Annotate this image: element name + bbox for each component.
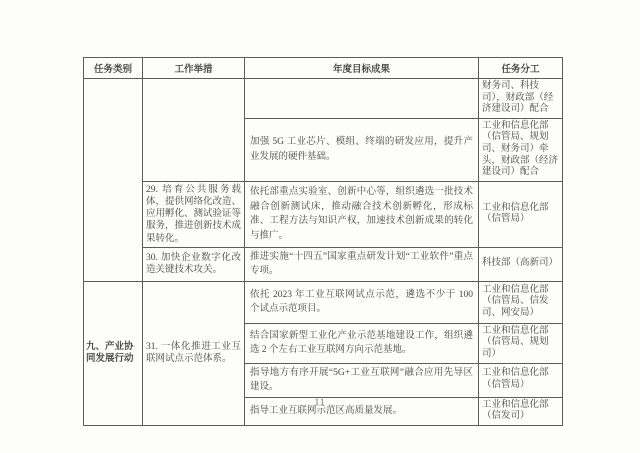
cell-division: 工业和信息化部（信管局、信发司、网安局）: [479, 281, 563, 323]
cell-division: 工业和信息化部（信管局、规划司、财务司）牵头，财政部（经济建设司）配合: [479, 118, 563, 181]
cell-result: 依托部重点实验室、创新中心等，组织遴选一批技术融合创新测试床，推动融合技术创新孵…: [245, 181, 479, 247]
cell-division: 科技部（高新司）: [479, 247, 563, 281]
cell-division: 工业和信息化部（信管局、规划司）: [479, 323, 563, 363]
cell-measure-30: 30. 加快企业数字化改造关键技术攻关。: [143, 247, 245, 281]
cell-result: 依托 2023 年工业互联网试点示范，遴选不少于 100 个试点示范项目。: [245, 281, 479, 323]
task-division-table: 任务类别 工作举措 年度目标成果 任务分工 财务司、科技司），财政部（经济建设司…: [83, 57, 563, 426]
header-task-category: 任务类别: [84, 58, 143, 79]
cell-division: 财务司、科技司），财政部（经济建设司）配合: [479, 79, 563, 119]
cell-division: 工业和信息化部（信管局）: [479, 181, 563, 247]
header-task-assignment: 任务分工: [479, 58, 563, 79]
table-row: 29. 培育公共服务载体，提供网络化改造、应用孵化、测试验证等服务，推进创新技术…: [84, 181, 563, 247]
table-row: 30. 加快企业数字化改造关键技术攻关。 推进实施“十四五”国家重点研发计划“工…: [84, 247, 563, 281]
cell-category-blank: [84, 79, 143, 282]
document-page: 任务类别 工作举措 年度目标成果 任务分工 财务司、科技司），财政部（经济建设司…: [0, 0, 640, 453]
cell-measure-blank: [143, 79, 245, 182]
cell-result: 加强 5G 工业芯片、模组、终端的研发应用，提升产业发展的硬件基础。: [245, 118, 479, 181]
cell-result: [245, 79, 479, 119]
cell-result: 指导地方有序开展“5G+工业互联网”融合应用先导区建设。: [245, 363, 479, 397]
header-work-measure: 工作举措: [143, 58, 245, 79]
cell-result: 推进实施“十四五”国家重点研发计划“工业软件”重点专项。: [245, 247, 479, 281]
cell-division: 工业和信息化部（信管局）: [479, 363, 563, 397]
table-row: 财务司、科技司），财政部（经济建设司）配合: [84, 79, 563, 119]
page-number: 11: [0, 397, 640, 407]
table-row: 九、产业协同发展行动 31. 一体化推进工业互联网试点示范体系。 依托 2023…: [84, 281, 563, 323]
header-annual-target: 年度目标成果: [245, 58, 479, 79]
cell-result: 结合国家新型工业化产业示范基地建设工作，组织遴选 2 个左右工业互联网方向示范基…: [245, 323, 479, 363]
cell-measure-29: 29. 培育公共服务载体，提供网络化改造、应用孵化、测试验证等服务，推进创新技术…: [143, 181, 245, 247]
table-header-row: 任务类别 工作举措 年度目标成果 任务分工: [84, 58, 563, 79]
